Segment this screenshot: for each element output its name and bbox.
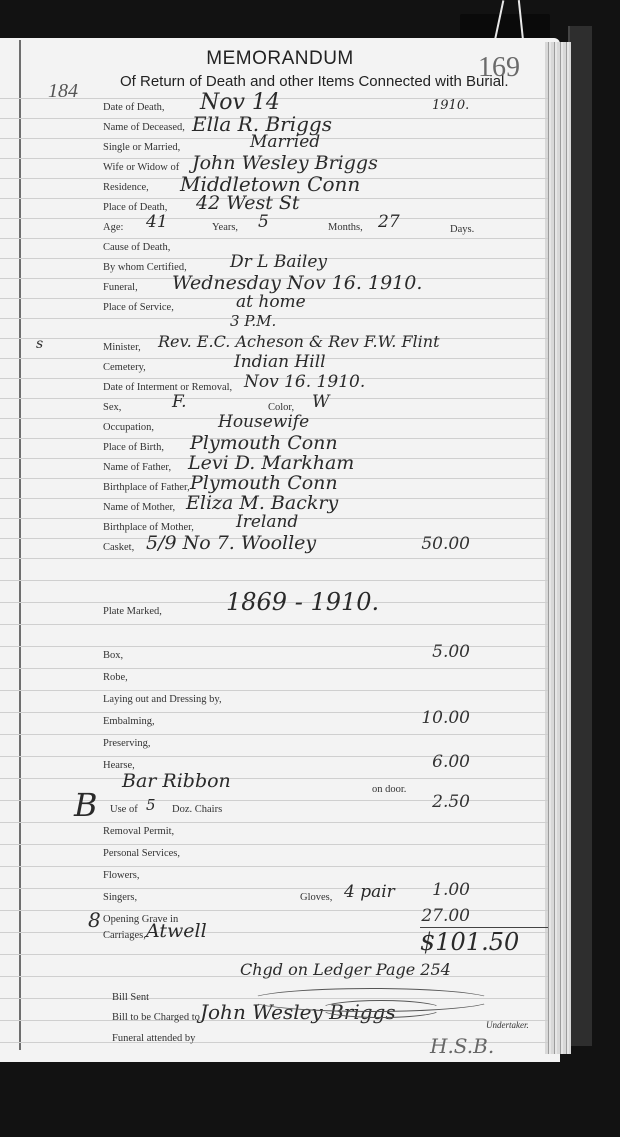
field-value: 5/9 No 7. Woolley <box>146 532 316 554</box>
field-label: Sex, <box>103 402 121 413</box>
field-casket: Casket, 5/9 No 7. Woolley 50.00 <box>0 538 560 560</box>
color-value: W <box>312 392 329 412</box>
field-label: Minister, <box>103 342 141 353</box>
field-value: Wednesday Nov 16. 1910. <box>172 272 422 294</box>
age-months-label: Months, <box>328 222 363 233</box>
field-plate-marked: Plate Marked, 1869 - 1910. <box>0 602 560 624</box>
field-label: Birthplace of Father, <box>103 482 190 493</box>
margin-mark: B <box>74 786 98 824</box>
chairs-suffix: Doz. Chairs <box>172 804 222 815</box>
field-value: Ireland <box>236 512 298 532</box>
field-label: Place of Service, <box>103 302 174 313</box>
field-label: Occupation, <box>103 422 154 433</box>
charge-robe: Robe, <box>0 668 560 690</box>
field-label: Casket, <box>103 542 134 553</box>
ruled-line <box>0 580 548 581</box>
charge-box: Box, 5.00 <box>0 646 560 668</box>
field-value: 42 West St <box>196 192 300 214</box>
charge-label: Use of <box>110 804 138 815</box>
charge-value: Bar Ribbon <box>122 770 231 792</box>
charge-singers: Singers, Gloves, 4 pair 1.00 <box>0 888 560 910</box>
field-value: Nov 16. 1910. <box>244 372 365 392</box>
field-place-of-death: Place of Death, 42 West St <box>0 198 560 220</box>
field-place-of-service: Place of Service, at home 3 P.M. <box>0 298 560 320</box>
charge-label: Preserving, <box>103 738 151 749</box>
age-days: 27 <box>378 212 400 232</box>
field-year: 1910. <box>432 98 469 113</box>
chairs-qty: 5 <box>146 796 156 814</box>
charge-label: Carriages, <box>103 930 146 941</box>
total-amount: $101.50 <box>420 928 519 956</box>
charge-amount: 5.00 <box>432 642 470 662</box>
charge-label: Singers, <box>103 892 137 903</box>
page-title: MEMORANDUM <box>0 48 560 70</box>
field-label: Date of Interment or Removal, <box>103 382 232 393</box>
field-value: at home <box>236 292 306 312</box>
undertaker-initials: H.S.B. <box>430 1034 494 1058</box>
field-value: Eliza M. Backry <box>186 492 338 514</box>
age-months: 5 <box>258 212 269 232</box>
charge-label: on door. <box>372 784 406 795</box>
field-value: Rev. E.C. Acheson & Rev F.W. Flint <box>158 332 440 351</box>
field-value: Plymouth Conn <box>190 472 338 494</box>
age-years-label: Years, <box>212 222 238 233</box>
charge-laying-out: Laying out and Dressing by, <box>0 690 560 712</box>
charge-amount: 27.00 <box>421 906 470 926</box>
attended-by-label: Funeral attended by <box>112 1033 195 1044</box>
charge-label: Robe, <box>103 672 128 683</box>
charge-amount: 50.00 <box>421 534 470 554</box>
undertaker-label: Undertaker. <box>486 1020 529 1030</box>
field-label: Residence, <box>103 182 149 193</box>
charge-amount: 6.00 <box>432 752 470 772</box>
ledger-note: Chgd on Ledger Page 254 <box>240 960 451 979</box>
field-value: F. <box>172 392 187 412</box>
charge-personal-services: Personal Services, <box>0 844 560 866</box>
field-value: Housewife <box>218 412 309 432</box>
charge-hearse: Hearse, 6.00 <box>0 756 560 778</box>
page-subtitle: Of Return of Death and other Items Conne… <box>120 73 509 90</box>
field-label: Name of Father, <box>103 462 171 473</box>
charge-amount: 1.00 <box>432 880 470 900</box>
charge-label: Removal Permit, <box>103 826 174 837</box>
charge-label: Box, <box>103 650 123 661</box>
gloves-value: 4 pair <box>344 882 395 902</box>
service-time: 3 P.M. <box>230 312 276 330</box>
field-label: Cause of Death, <box>103 242 170 253</box>
charge-embalming: Embalming, 10.00 <box>0 712 560 734</box>
charge-removal-permit: Removal Permit, <box>0 822 560 844</box>
charge-label: Personal Services, <box>103 848 180 859</box>
charge-preserving: Preserving, <box>0 734 560 756</box>
field-label: Plate Marked, <box>103 606 162 617</box>
bill-charged-label: Bill to be Charged to <box>112 1012 200 1023</box>
field-value: Married <box>250 132 320 152</box>
field-value: Levi D. Markham <box>188 452 354 474</box>
charge-flowers: Flowers, <box>0 866 560 888</box>
field-label: Wife or Widow of <box>103 162 179 173</box>
charge-label: Flowers, <box>103 870 139 881</box>
ledger-cover <box>568 26 592 1046</box>
charge-value: Atwell <box>146 920 207 942</box>
bill-sent-label: Bill Sent <box>112 992 149 1003</box>
ruled-line <box>0 624 548 625</box>
field-label: Cemetery, <box>103 362 146 373</box>
field-label: Name of Deceased, <box>103 122 185 133</box>
field-label: Place of Birth, <box>103 442 164 453</box>
field-interment-date: Date of Interment or Removal, Nov 16. 19… <box>0 378 560 400</box>
margin-mark: s <box>36 336 43 352</box>
field-label: Age: <box>103 222 123 233</box>
field-age: Age: 41 Years, 5 Months, 27 Days. <box>0 218 560 240</box>
signature-flourish <box>320 1000 442 1018</box>
field-value: 1869 - 1910. <box>226 588 379 616</box>
field-value: Indian Hill <box>234 352 326 372</box>
field-value: John Wesley Briggs <box>192 152 378 174</box>
charge-chairs: B Use of 5 Doz. Chairs 2.50 <box>0 800 560 822</box>
field-value: Plymouth Conn <box>190 432 338 454</box>
field-label: Funeral, <box>103 282 138 293</box>
page-number: 169 <box>478 52 520 84</box>
age-days-label: Days. <box>450 224 474 235</box>
age-years: 41 <box>146 212 168 232</box>
field-value: Dr L Bailey <box>230 252 327 272</box>
charge-label: Embalming, <box>103 716 155 727</box>
gloves-label: Gloves, <box>300 892 332 903</box>
field-label: Single or Married, <box>103 142 180 153</box>
charge-label: Laying out and Dressing by, <box>103 694 222 705</box>
charge-amount: 10.00 <box>421 708 470 728</box>
field-label: Date of Death, <box>103 102 165 113</box>
charge-amount: 2.50 <box>432 792 470 812</box>
field-label: Name of Mother, <box>103 502 175 513</box>
